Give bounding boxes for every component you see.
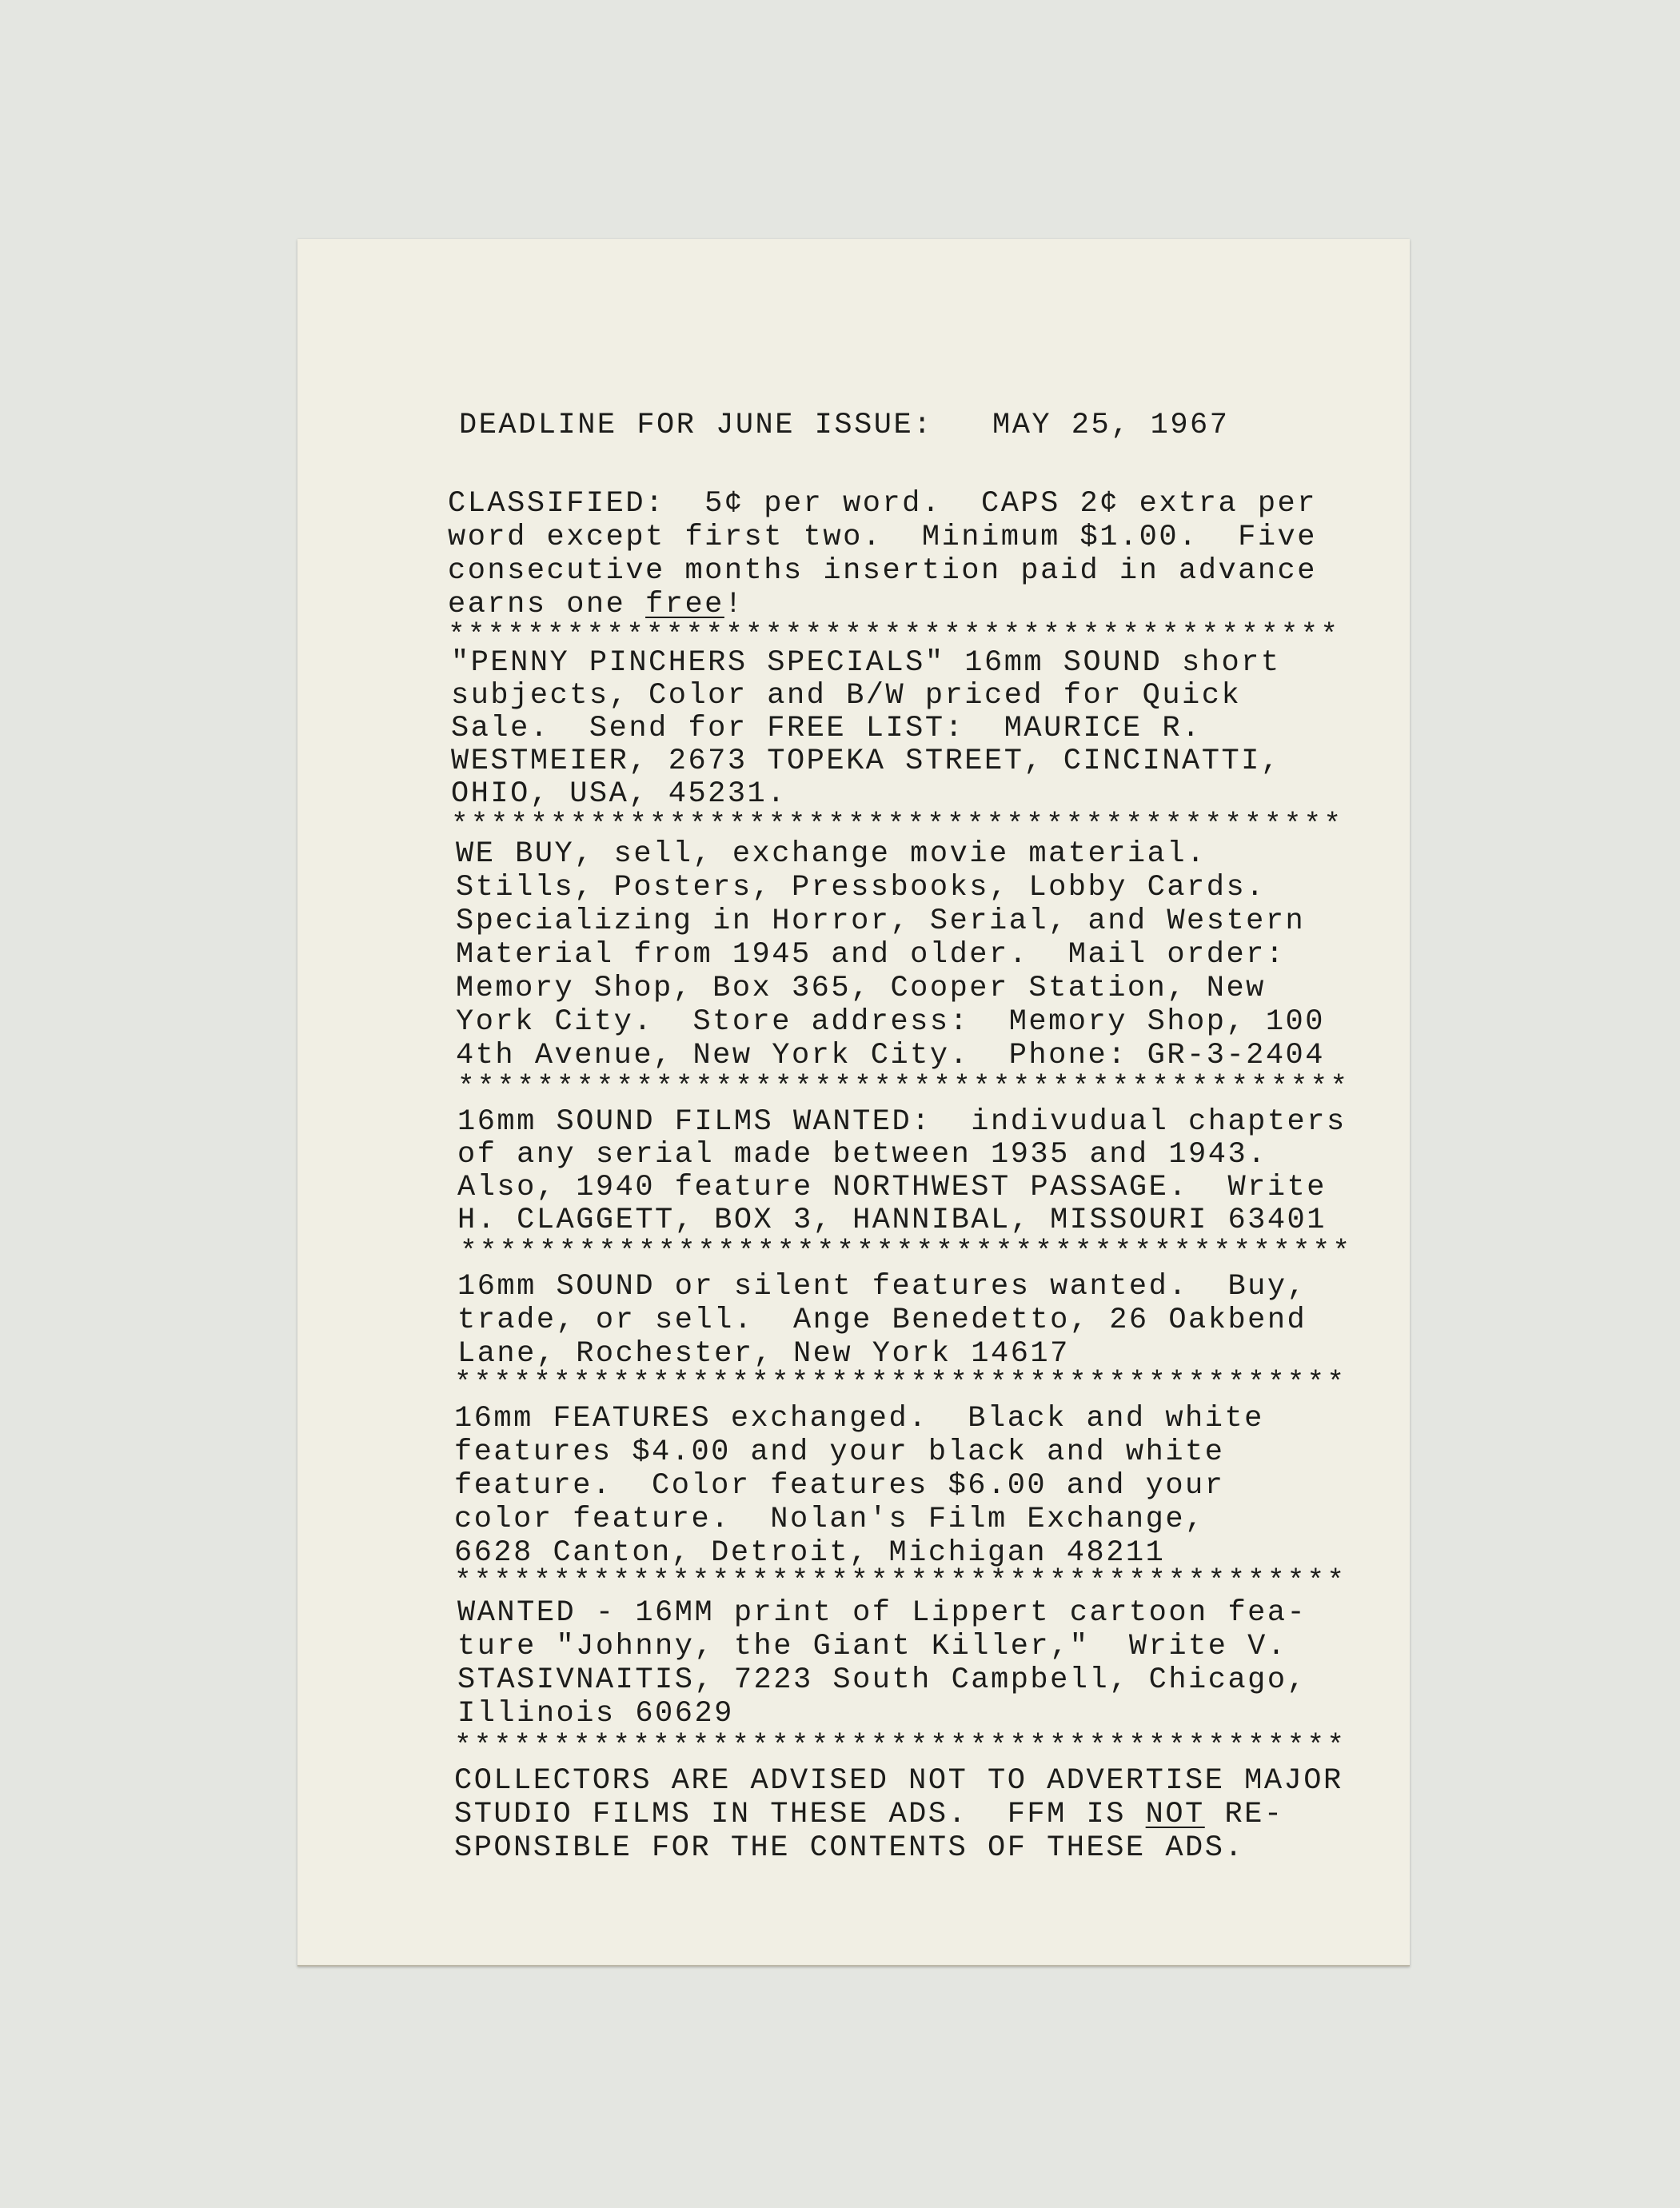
classified-line: consecutive months insertion paid in adv… (448, 557, 1317, 586)
ad-line: of any serial made between 1935 and 1943… (457, 1140, 1267, 1170)
ad-line: Sale. Send for FREE LIST: MAURICE R. (451, 714, 1202, 744)
deadline-heading: DEADLINE FOR JUNE ISSUE: MAY 25, 1967 (459, 411, 1229, 441)
ad-line: STASIVNAITIS, 7223 South Campbell, Chica… (457, 1666, 1307, 1695)
ad-line: Stills, Posters, Pressbooks, Lobby Cards… (456, 873, 1266, 903)
separator: ****************************************… (460, 1238, 1352, 1267)
ad-line: Material from 1945 and older. Mail order… (456, 940, 1286, 970)
classified-line: CLASSIFIED: 5¢ per word. CAPS 2¢ extra p… (448, 489, 1317, 519)
ad-line: "PENNY PINCHERS SPECIALS" 16mm SOUND sho… (451, 649, 1281, 678)
ad-line: Memory Shop, Box 365, Cooper Station, Ne… (456, 974, 1266, 1004)
ad-line: trade, or sell. Ange Benedetto, 26 Oakbe… (457, 1306, 1307, 1336)
ad-line: 16mm SOUND FILMS WANTED: indivudual chap… (457, 1108, 1347, 1137)
disclaimer-suffix: RE- (1205, 1798, 1284, 1831)
classified-line: word except first two. Minimum $1.00. Fi… (448, 523, 1317, 553)
separator: ****************************************… (454, 1369, 1347, 1398)
ad-line: York City. Store address: Memory Shop, 1… (456, 1008, 1325, 1037)
disclaimer-line: SPONSIBLE FOR THE CONTENTS OF THESE ADS. (454, 1834, 1244, 1863)
free-underlined: free (645, 588, 724, 621)
ad-line: WE BUY, sell, exchange movie material. (456, 840, 1207, 869)
disclaimer-line: COLLECTORS ARE ADVISED NOT TO ADVERTISE … (454, 1767, 1343, 1796)
ad-line: Also, 1940 feature NORTHWEST PASSAGE. Wr… (457, 1173, 1327, 1203)
ad-line: Lane, Rochester, New York 14617 (457, 1340, 1070, 1369)
separator: ****************************************… (454, 1732, 1347, 1761)
ad-line: feature. Color features $6.00 and your (454, 1471, 1224, 1501)
ad-line: features $4.00 and your black and white (454, 1438, 1224, 1467)
not-underlined: NOT (1146, 1798, 1205, 1831)
ad-line: ture "Johnny, the Giant Killer," Write V… (457, 1632, 1287, 1662)
classified-ads-page: DEADLINE FOR JUNE ISSUE: MAY 25, 1967 CL… (297, 239, 1410, 1966)
ad-line: 4th Avenue, New York City. Phone: GR-3-2… (456, 1041, 1325, 1071)
ad-line: H. CLAGGETT, BOX 3, HANNIBAL, MISSOURI 6… (457, 1206, 1327, 1236)
ad-line: 6628 Canton, Detroit, Michigan 48211 (454, 1539, 1165, 1568)
separator: ****************************************… (454, 1567, 1347, 1596)
ad-line: 16mm SOUND or silent features wanted. Bu… (457, 1272, 1307, 1302)
classified-last-prefix: earns one (448, 588, 645, 621)
ad-line: 16mm FEATURES exchanged. Black and white (454, 1404, 1264, 1434)
ad-line: WANTED - 16MM print of Lippert cartoon f… (457, 1599, 1307, 1628)
separator: ****************************************… (457, 1073, 1350, 1102)
disclaimer-line: STUDIO FILMS IN THESE ADS. FFM IS NOT RE… (454, 1800, 1284, 1830)
classified-line: earns one free! (448, 590, 744, 620)
classified-last-suffix: ! (724, 588, 744, 621)
ad-line: OHIO, USA, 45231. (451, 780, 787, 809)
ad-line: Illinois 60629 (457, 1699, 734, 1729)
separator: ****************************************… (451, 811, 1343, 840)
disclaimer-prefix: STUDIO FILMS IN THESE ADS. FFM IS (454, 1798, 1146, 1831)
ad-line: WESTMEIER, 2673 TOPEKA STREET, CINCINATT… (451, 747, 1281, 777)
ad-line: Specializing in Horror, Serial, and West… (456, 907, 1305, 936)
ad-line: subjects, Color and B/W priced for Quick (451, 681, 1241, 711)
ad-line: color feature. Nolan's Film Exchange, (454, 1505, 1205, 1535)
